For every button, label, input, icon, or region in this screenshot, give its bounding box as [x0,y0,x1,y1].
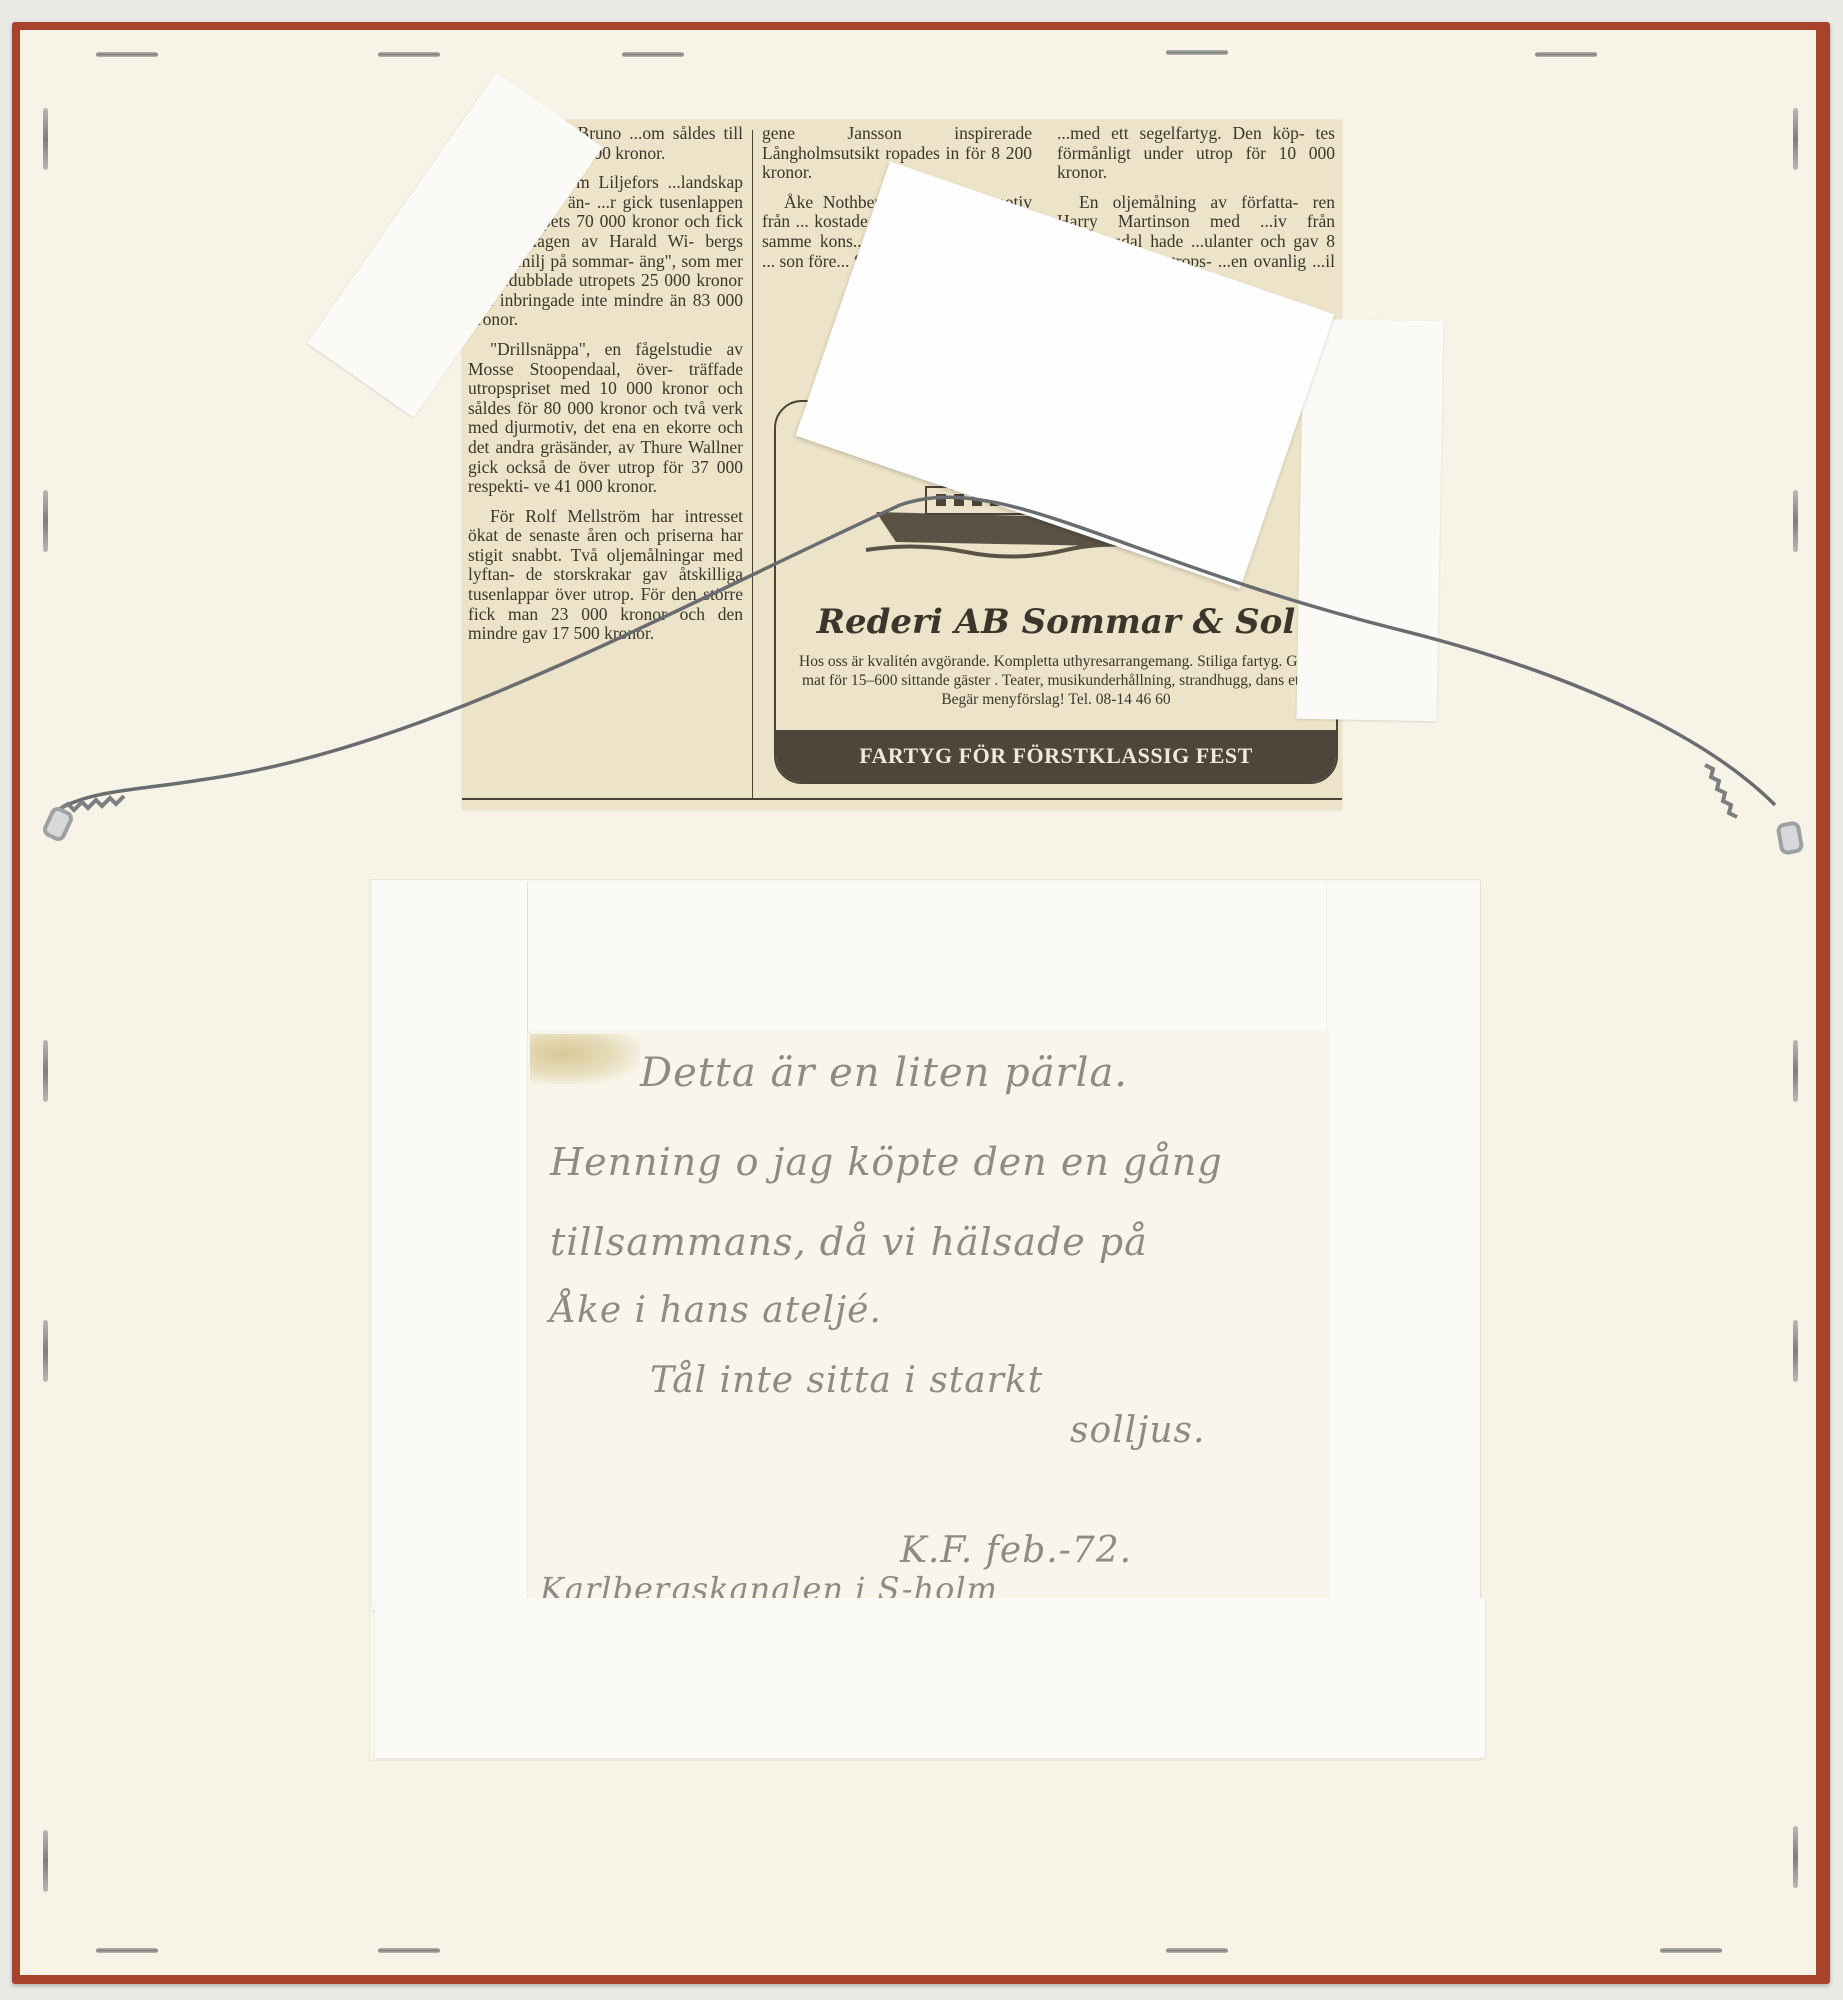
handwritten-note: Detta är en liten pärla. Henning o jag k… [530,1030,1330,1610]
note-line: Detta är en liten pärla. [640,1050,1128,1096]
ad-banner: FARTYG FÖR FÖRSTKLASSIG FEST [776,730,1336,782]
staple [1166,50,1228,55]
clipping-bottom-rule [462,798,1342,800]
staple [1535,52,1597,57]
staple [1793,1826,1798,1888]
staple [378,1948,440,1953]
ad-company-name: Rederi AB Sommar & Sol [776,602,1336,642]
note-tape-right [1325,882,1480,1607]
note-tape-left [372,880,527,1610]
staple [1793,1320,1798,1382]
note-signature: K.F. feb.-72. [900,1530,1132,1571]
staple [1793,1040,1798,1102]
note-line: Åke i hans ateljé. [550,1290,882,1331]
note-tape-top [528,882,1326,1032]
tape-stain [530,1034,640,1084]
column-rule [752,130,753,800]
staple [1660,1948,1722,1953]
staple [96,1948,158,1953]
staple [43,108,48,170]
staple [43,1830,48,1892]
note-line: Henning o jag köpte den en gång [550,1140,1223,1184]
staple [1793,490,1798,552]
staple [96,52,158,57]
staple [43,490,48,552]
paper-tape-right [1297,319,1444,721]
staple [43,1320,48,1382]
note-line: solljus. [1070,1410,1205,1451]
ad-body-text: Hos oss är kvalitén avgörande. Kompletta… [796,652,1316,709]
staple [378,52,440,57]
note-line: tillsammans, då vi hälsade på [550,1220,1148,1264]
note-tape-bottom [375,1598,1485,1758]
note-line: Tål inte sitta i starkt [650,1360,1043,1401]
staple [43,1040,48,1102]
staple [1166,1948,1228,1953]
staple [622,52,684,57]
staple [1793,108,1798,170]
